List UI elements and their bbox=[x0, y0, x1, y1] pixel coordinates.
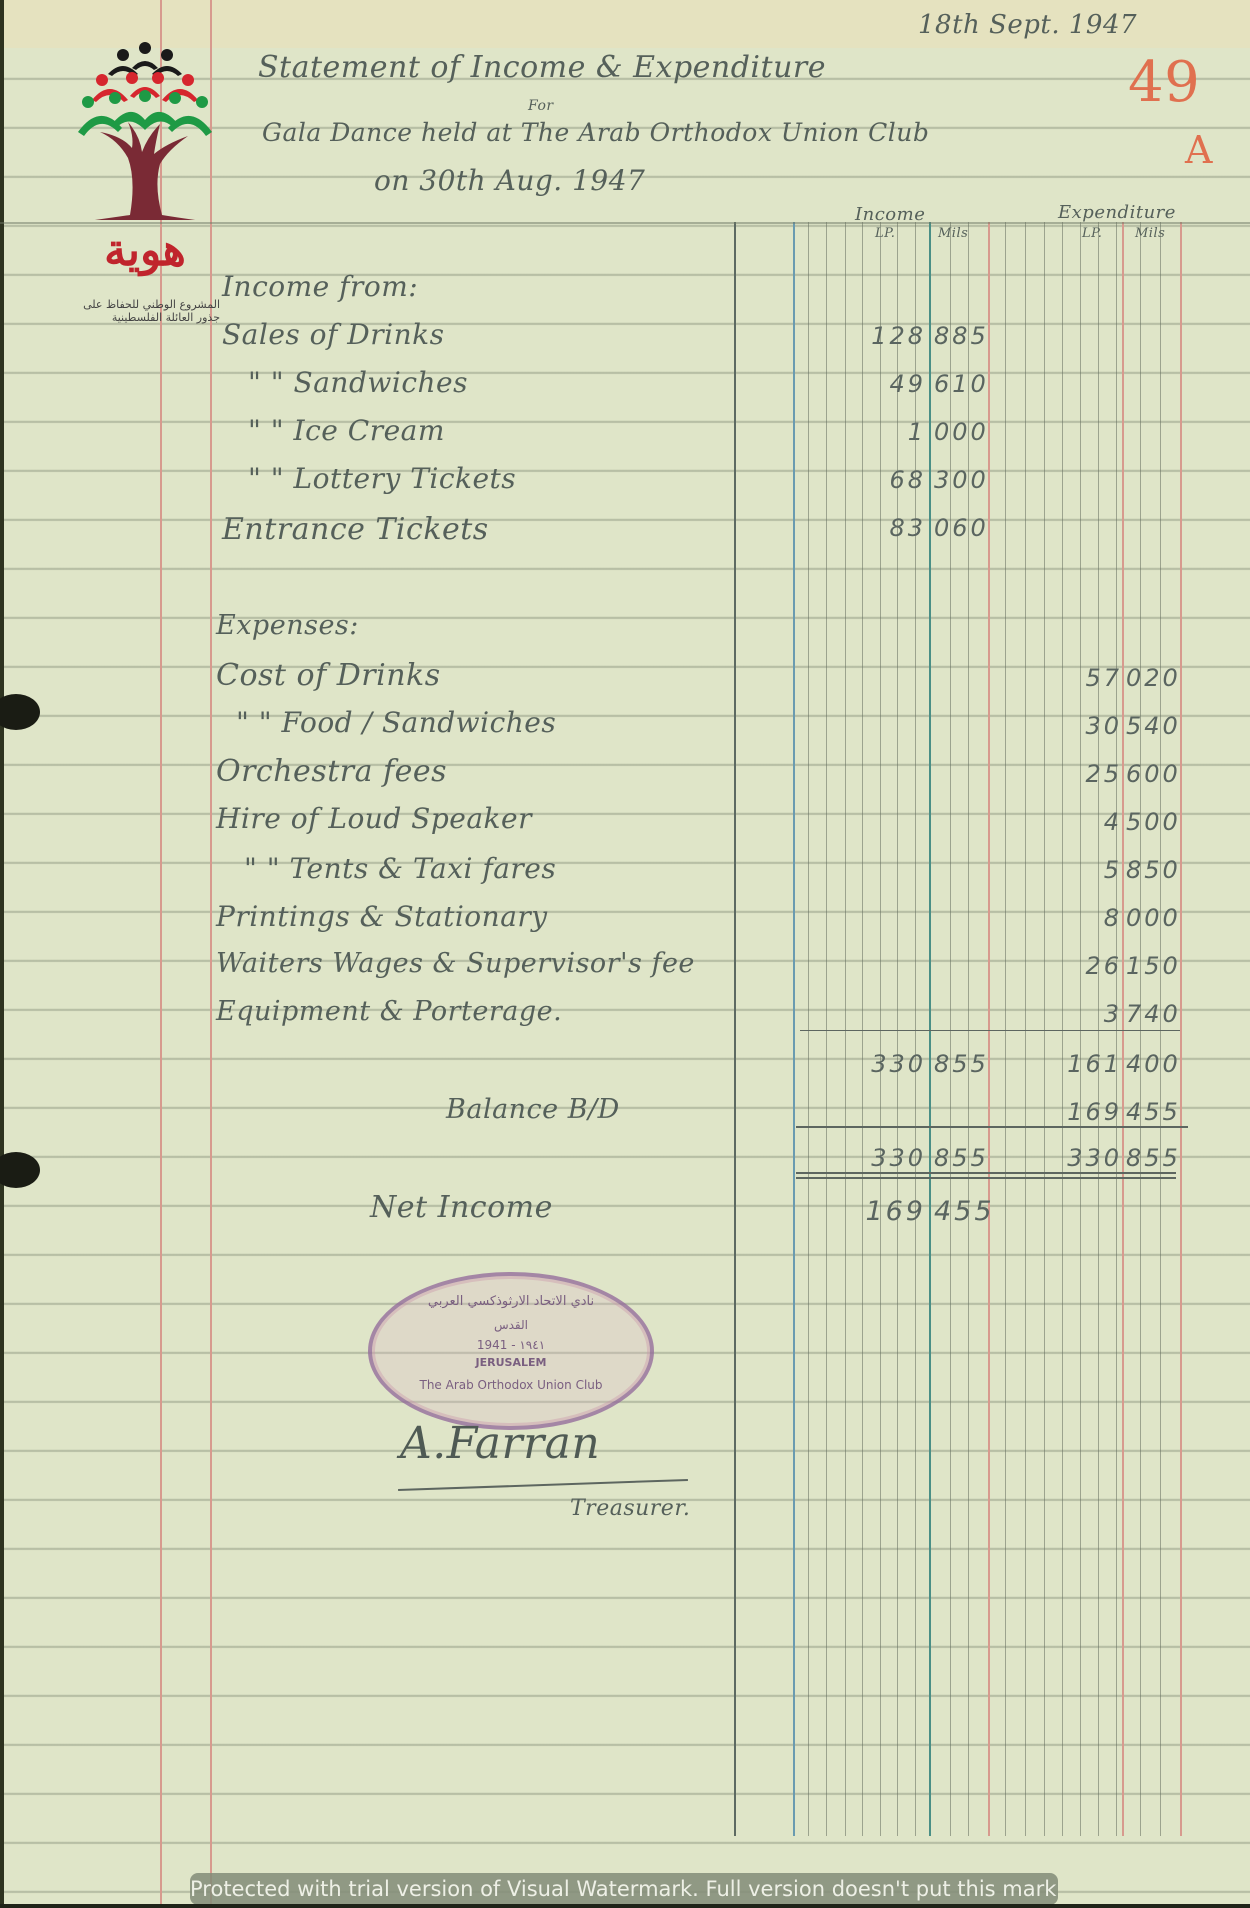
income-lp: 68 bbox=[836, 466, 926, 494]
logo-tagline: المشروع الوطني للحفاظ على جذور العائلة ا… bbox=[65, 298, 220, 324]
document-date: 18th Sept. 1947 bbox=[918, 10, 1137, 40]
column-rule bbox=[1080, 222, 1081, 1836]
expense-mils: 600 bbox=[1126, 760, 1196, 788]
expense-mils: 020 bbox=[1126, 664, 1196, 692]
income-mils: 000 bbox=[934, 418, 1004, 446]
column-rule bbox=[1062, 222, 1063, 1836]
subtotal-income-mils: 855 bbox=[934, 1050, 1004, 1078]
title-line2: Gala Dance held at The Arab Orthodox Uni… bbox=[262, 118, 929, 147]
column-rule bbox=[968, 222, 969, 1836]
column-rule bbox=[915, 222, 916, 1836]
expense-item-label: Hire of Loud Speaker bbox=[216, 802, 532, 835]
column-rule bbox=[826, 222, 827, 1836]
subtotal-expenditure-mils: 400 bbox=[1126, 1050, 1196, 1078]
expense-lp: 3 bbox=[1032, 1000, 1122, 1028]
folio-letter: A bbox=[1185, 128, 1213, 172]
stamp-city: JERUSALEM bbox=[372, 1356, 650, 1369]
grand-expenditure-lp: 330 bbox=[1032, 1144, 1122, 1172]
expense-lp: 5 bbox=[1032, 856, 1122, 884]
balance-mils: 455 bbox=[1126, 1098, 1196, 1126]
income-lp-label: LP. bbox=[875, 226, 895, 241]
family-tree-icon bbox=[70, 40, 220, 220]
grand-total-double-rule bbox=[796, 1172, 1176, 1174]
balance-rule bbox=[796, 1126, 1188, 1128]
grand-income-lp: 330 bbox=[836, 1144, 926, 1172]
column-rule bbox=[897, 222, 898, 1836]
income-mils: 300 bbox=[934, 466, 1004, 494]
expenditure-mils-label: Mils bbox=[1135, 226, 1165, 241]
balance-lp: 169 bbox=[1032, 1098, 1122, 1126]
trial-watermark: Protected with trial version of Visual W… bbox=[190, 1873, 1058, 1905]
income-item-label: " " Lottery Tickets bbox=[248, 462, 516, 495]
income-lp: 49 bbox=[836, 370, 926, 398]
column-rule bbox=[862, 222, 863, 1836]
expense-item-label: Cost of Drinks bbox=[216, 658, 441, 693]
punch-hole bbox=[0, 694, 40, 730]
expense-item-label: " " Food / Sandwiches bbox=[236, 706, 556, 739]
folio-number: 49 bbox=[1128, 50, 1200, 115]
logo-name-arabic: هوية bbox=[80, 225, 210, 276]
page-bottom-edge bbox=[0, 1904, 1250, 1908]
expense-mils: 540 bbox=[1126, 712, 1196, 740]
expense-mils: 150 bbox=[1126, 952, 1196, 980]
income-mils: 060 bbox=[934, 514, 1004, 542]
expense-mils: 000 bbox=[1126, 904, 1196, 932]
treasurer-signature: A.Farran bbox=[400, 1418, 600, 1469]
expense-mils: 500 bbox=[1126, 808, 1196, 836]
expense-item-label: Orchestra fees bbox=[216, 754, 447, 789]
net-income-lp: 169 bbox=[836, 1196, 926, 1227]
subtotal-income-lp: 330 bbox=[836, 1050, 926, 1078]
column-rule bbox=[1044, 222, 1045, 1836]
expense-mils: 850 bbox=[1126, 856, 1196, 884]
expense-lp: 57 bbox=[1032, 664, 1122, 692]
income-heading: Income from: bbox=[222, 270, 418, 303]
expense-lp: 25 bbox=[1032, 760, 1122, 788]
column-rule-income-end bbox=[988, 222, 990, 1836]
column-rule bbox=[808, 222, 809, 1836]
subtotal-rule bbox=[800, 1030, 1180, 1031]
signature-underline bbox=[398, 1479, 688, 1491]
income-item-label: Entrance Tickets bbox=[222, 512, 489, 547]
expense-item-label: Waiters Wages & Supervisor's fee bbox=[216, 948, 695, 979]
column-rule bbox=[880, 222, 881, 1836]
grand-total-double-rule bbox=[796, 1177, 1176, 1179]
income-mils: 885 bbox=[934, 322, 1004, 350]
income-mils: 610 bbox=[934, 370, 1004, 398]
column-rule bbox=[734, 222, 736, 1836]
expenses-heading: Expenses: bbox=[216, 610, 359, 641]
column-rule-exp-end bbox=[1180, 222, 1182, 1836]
expense-lp: 4 bbox=[1032, 808, 1122, 836]
income-item-label: " " Ice Cream bbox=[248, 414, 445, 447]
hawiya-logo: هوية المشروع الوطني للحفاظ على جذور العا… bbox=[70, 40, 220, 340]
balance-label: Balance B/D bbox=[446, 1094, 620, 1125]
expense-item-label: " " Tents & Taxi fares bbox=[244, 852, 556, 885]
expenditure-column-header: Expenditure bbox=[1058, 202, 1176, 223]
stamp-year: 1941 - ١٩٤١ bbox=[372, 1338, 650, 1352]
stamp-arabic-name: نادي الاتحاد الارثوذكسي العربي bbox=[372, 1294, 650, 1309]
club-stamp: نادي الاتحاد الارثوذكسي العربي القدس 194… bbox=[368, 1272, 654, 1430]
column-rule bbox=[1116, 222, 1117, 1836]
income-lp: 1 bbox=[836, 418, 926, 446]
column-rule bbox=[1025, 222, 1026, 1836]
logo-tagline-line2: جذور العائلة الفلسطينية bbox=[65, 311, 220, 324]
column-rule bbox=[1140, 222, 1141, 1836]
title-line1: Statement of Income & Expenditure bbox=[258, 50, 826, 85]
logo-tagline-line1: المشروع الوطني للحفاظ على bbox=[65, 298, 220, 311]
title-line3: on 30th Aug. 1947 bbox=[374, 164, 645, 197]
income-lp: 83 bbox=[836, 514, 926, 542]
subtotal-expenditure-lp: 161 bbox=[1032, 1050, 1122, 1078]
income-item-label: Sales of Drinks bbox=[222, 318, 444, 351]
column-rule bbox=[1160, 222, 1161, 1836]
expense-lp: 8 bbox=[1032, 904, 1122, 932]
expense-item-label: Equipment & Porterage. bbox=[216, 996, 562, 1027]
page-left-edge bbox=[0, 0, 4, 1908]
treasurer-label: Treasurer. bbox=[570, 1496, 690, 1521]
net-income-mils: 455 bbox=[934, 1196, 1004, 1227]
grand-income-mils: 855 bbox=[934, 1144, 1004, 1172]
expense-mils: 740 bbox=[1126, 1000, 1196, 1028]
punch-hole bbox=[0, 1152, 40, 1188]
column-rule bbox=[950, 222, 951, 1836]
column-rule bbox=[845, 222, 846, 1836]
column-rule bbox=[793, 222, 795, 1836]
column-rule-exp-lp-mils bbox=[1122, 222, 1124, 1836]
stamp-arabic-city: القدس bbox=[372, 1318, 650, 1332]
income-item-label: " " Sandwiches bbox=[248, 366, 468, 399]
income-lp: 128 bbox=[836, 322, 926, 350]
expenditure-lp-label: LP. bbox=[1082, 226, 1102, 241]
expense-lp: 30 bbox=[1032, 712, 1122, 740]
ledger-page: هوية المشروع الوطني للحفاظ على جذور العا… bbox=[0, 0, 1250, 1908]
expense-item-label: Printings & Stationary bbox=[216, 900, 548, 933]
net-income-label: Net Income bbox=[370, 1190, 553, 1225]
income-mils-label: Mils bbox=[938, 226, 968, 241]
column-rule bbox=[1005, 222, 1006, 1836]
stamp-club-name: The Arab Orthodox Union Club bbox=[372, 1378, 650, 1392]
column-rule bbox=[1098, 222, 1099, 1836]
grand-expenditure-mils: 855 bbox=[1126, 1144, 1196, 1172]
column-rule-lp-mils bbox=[929, 222, 931, 1836]
expense-lp: 26 bbox=[1032, 952, 1122, 980]
income-column-header: Income bbox=[855, 204, 925, 225]
title-for: For bbox=[528, 98, 554, 114]
